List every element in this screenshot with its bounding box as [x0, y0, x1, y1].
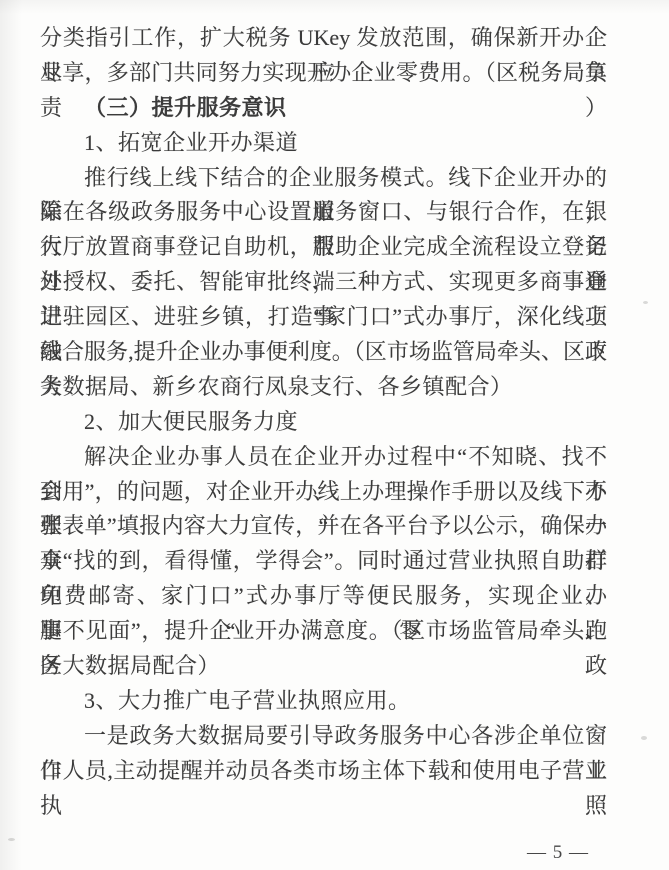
text-line: 大厅放置商事登记自助机，帮助企业完成全流程设立登记外，通: [40, 230, 607, 265]
text-line: 众“找的到，看得懂，学得会”。同时通过营业执照自助打印、: [40, 544, 607, 579]
text-line: 大数据局、新乡农商行凤泉支行、各乡镇配合）: [40, 370, 607, 405]
page-footer: — 5 —: [527, 842, 589, 864]
text-line: 进驻园区、进驻乡镇，打造“家门口”式办事厅，深化线上线下: [40, 300, 607, 335]
text-line: 作人员,主动提醒并动员各类市场主体下载和使用电子营业执照: [40, 754, 607, 789]
text-line: 腿不见面”，提升企业开办满意度。（区市场监管局牵头、区政: [40, 614, 607, 649]
text-line: 2、加大便民服务力度: [40, 405, 607, 440]
text-line: 分类指引工作，扩大税务 UKey 发放范围，确保新开办企业应享: [40, 21, 607, 56]
text-line: 推行线上线下结合的企业服务模式。线下企业开办的渠道，: [40, 161, 607, 196]
text-line: 融合服务,提升企业办事便利度。（区市场监管局牵头、区政务: [40, 335, 607, 370]
document-page: 分类指引工作，扩大税务 UKey 发放范围，确保新开办企业应享尽享，多部门共同努…: [0, 0, 669, 870]
page-number: — 5 —: [527, 842, 589, 863]
scan-speck: [641, 736, 647, 740]
document-body: 分类指引工作，扩大税务 UKey 发放范围，确保新开办企业应享尽享，多部门共同努…: [40, 21, 607, 789]
text-line: 除在各级政务服务中心设置服务窗口、与银行合作，在银行服务: [40, 195, 607, 230]
text-line: 尽享，多部门共同努力实现开办企业零费用。（区税务局负责）: [40, 56, 607, 91]
text-line: 3、大力推广电子营业执照应用。: [40, 684, 607, 719]
text-line: 过授权、委托、智能审批终端三种方式、实现更多商事登记事项: [40, 265, 607, 300]
text-line: 会用”，的问题，对企业开办线上办理操作手册以及线下办理“一: [40, 475, 607, 510]
text-line: 张表单”填报内容大力宣传，并在各平台予以公示，确保办事群: [40, 509, 607, 544]
scan-speck: [643, 301, 648, 304]
text-line: 一是政务大数据局要引导政务服务中心各涉企单位窗口工: [40, 719, 607, 754]
text-line: 1、拓宽企业开办渠道: [40, 126, 607, 161]
text-line: 解决企业办事人员在企业开办过程中“不知晓、找不到、不: [40, 440, 607, 475]
text-line: 免费邮寄、家门口”式办事厅等便民服务，实现企业办事“零跑: [40, 579, 607, 614]
scan-speck: [8, 838, 15, 841]
